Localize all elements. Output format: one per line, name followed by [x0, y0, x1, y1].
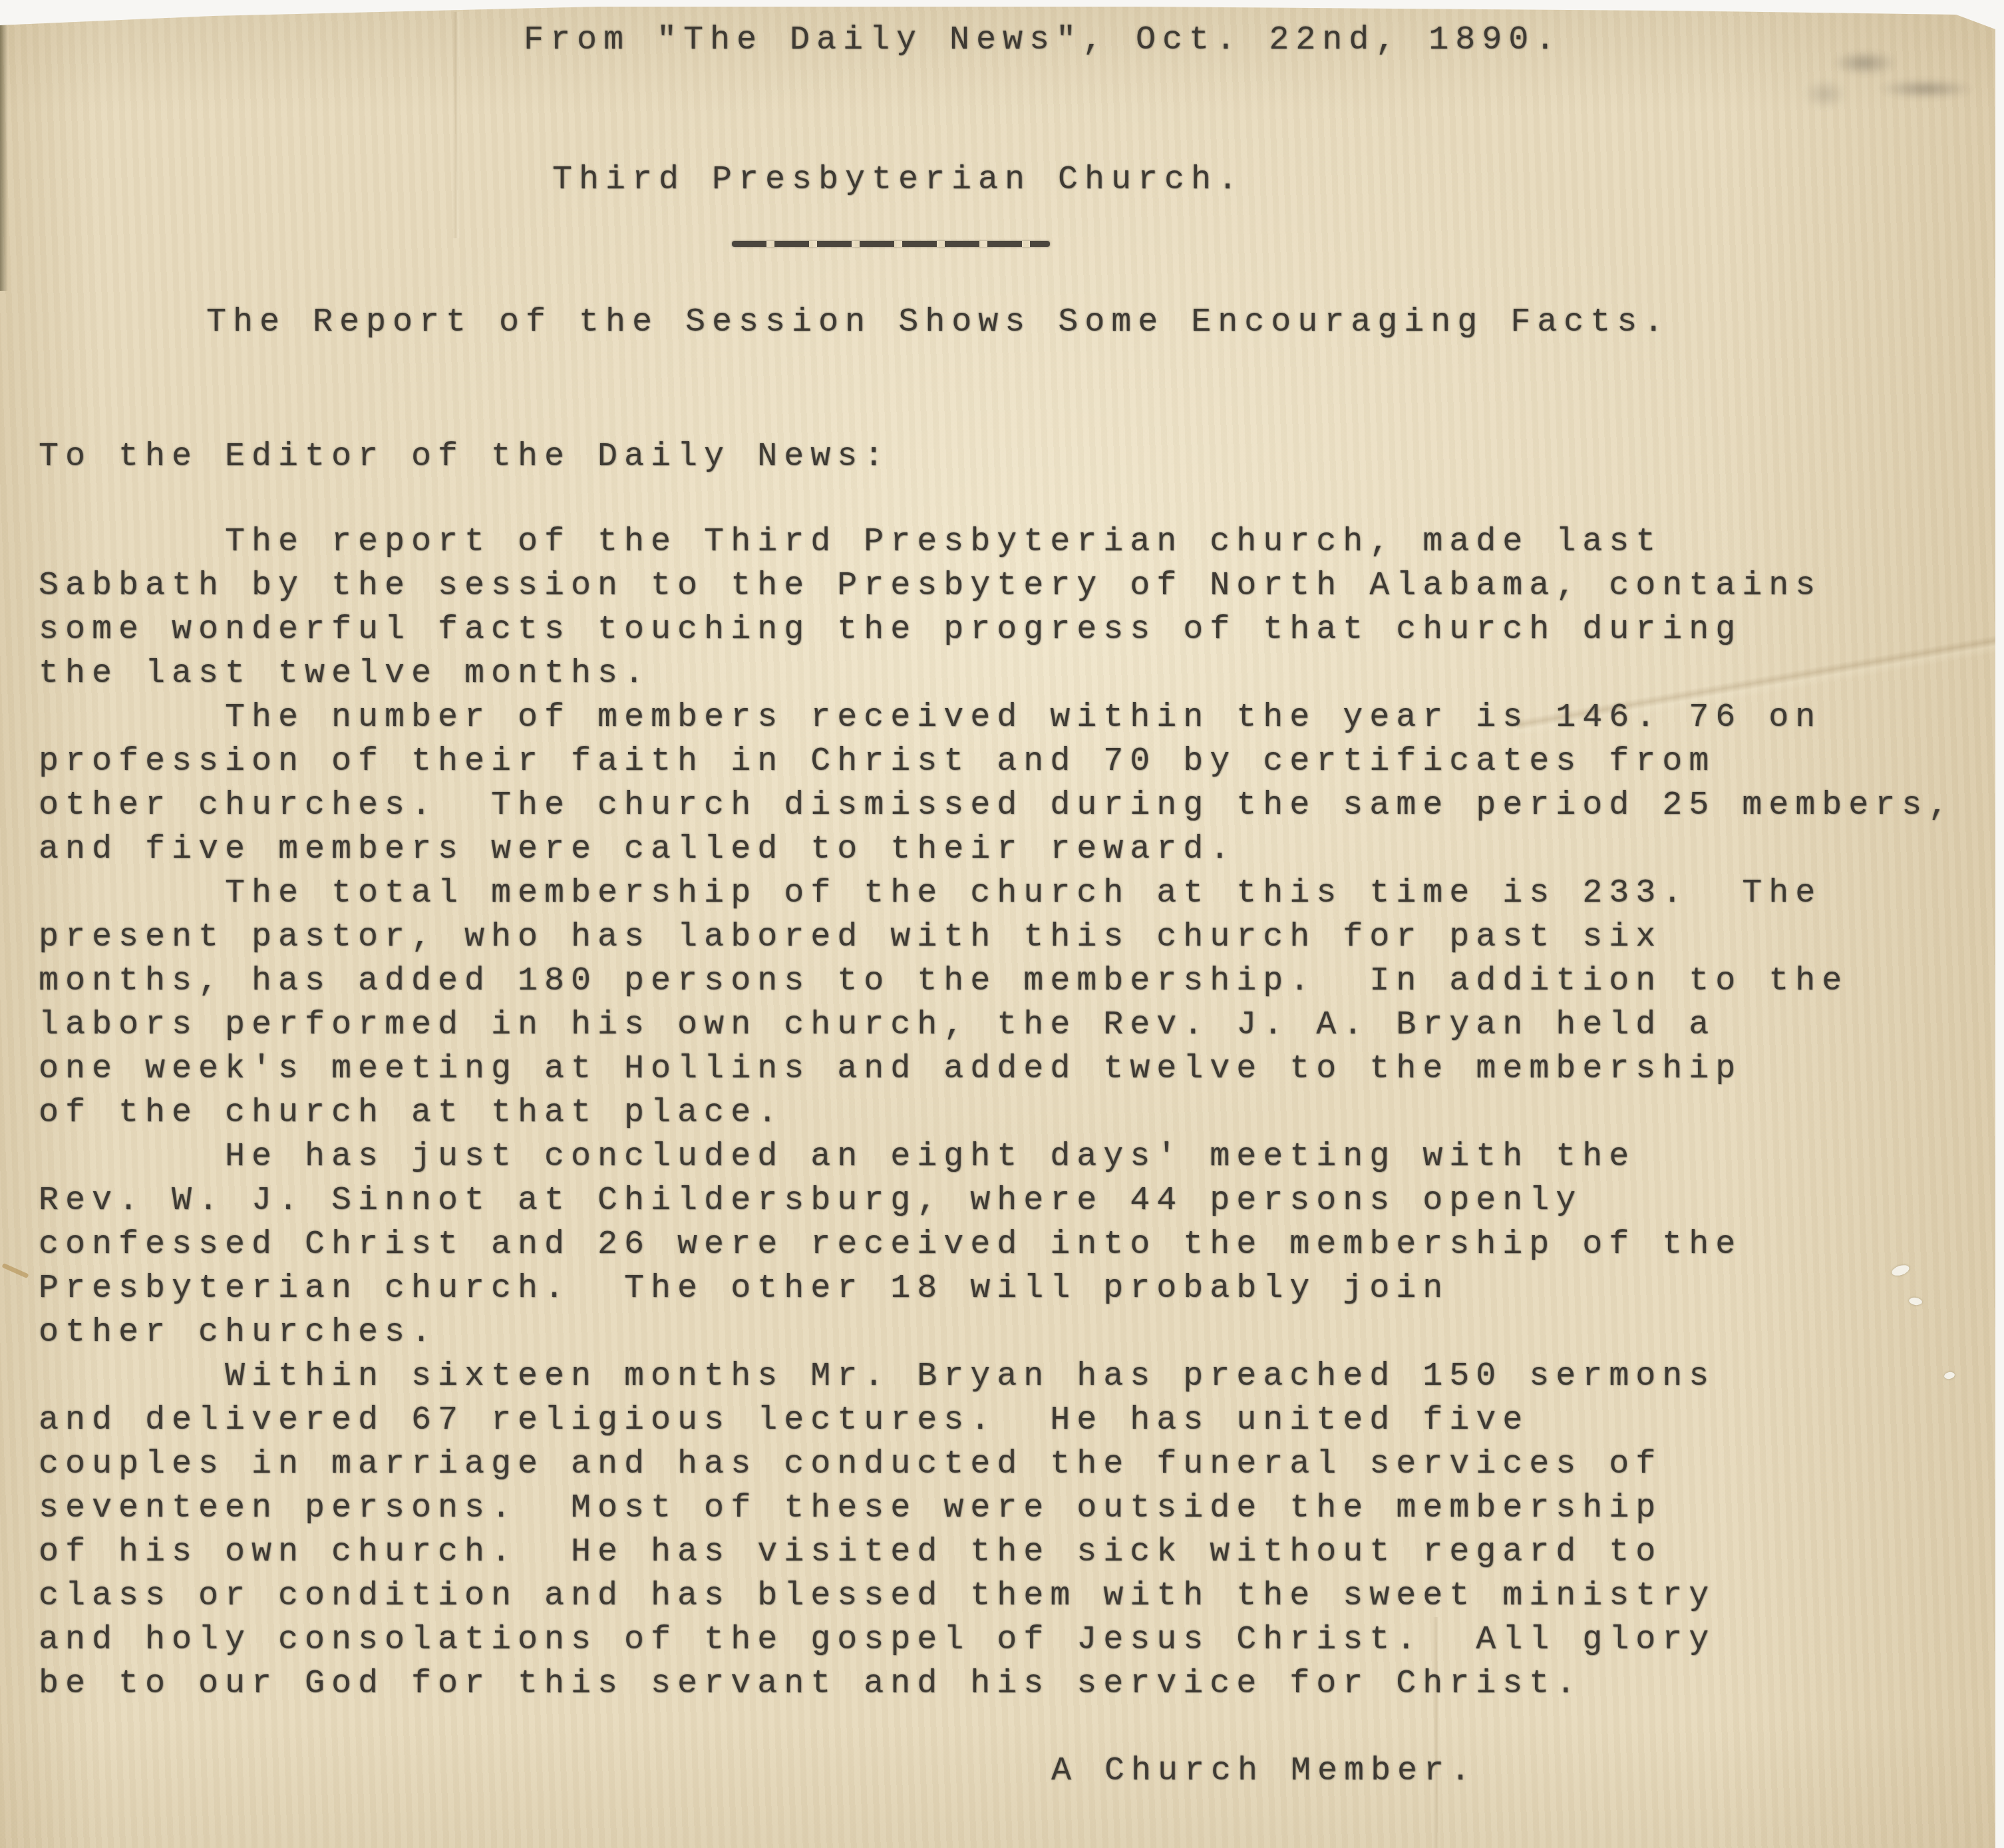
signature: A Church Member. — [1051, 1750, 1477, 1793]
paper-crease — [447, 12, 464, 238]
typed-line: Within sixteen months Mr. Bryan has prea… — [39, 1355, 1955, 1399]
typed-line: class or condition and has blessed them … — [39, 1574, 1955, 1618]
typed-line: the last twelve months. — [39, 652, 1955, 696]
typed-line: The number of members received within th… — [39, 696, 1955, 740]
typed-line: other churches. The church dismissed dur… — [39, 784, 1955, 828]
typed-line: Rev. W. J. Sinnot at Childersburg, where… — [39, 1179, 1955, 1223]
typed-line: The total membership of the church at th… — [39, 872, 1955, 916]
document-title: Third Presbyterian Church. — [552, 158, 1244, 202]
typed-line: He has just concluded an eight days' mee… — [39, 1135, 1955, 1179]
typed-line: and holy consolations of the gospel of J… — [39, 1618, 1955, 1662]
paragraph-3: The total membership of the church at th… — [39, 872, 1955, 1135]
typed-line: some wonderful facts touching the progre… — [39, 608, 1955, 652]
body-text: The report of the Third Presbyterian chu… — [39, 520, 1955, 1706]
typed-line: of the church at that place. — [39, 1091, 1955, 1135]
source-line: From "The Daily News", Oct. 22nd, 1890. — [524, 19, 1562, 63]
paragraph-2: The number of members received within th… — [39, 696, 1955, 872]
typed-line: seventeen persons. Most of these were ou… — [39, 1487, 1955, 1531]
typed-line: profession of their faith in Christ and … — [39, 740, 1955, 784]
typed-line: Sabbath by the session to the Presbytery… — [39, 564, 1955, 608]
typed-line: The report of the Third Presbyterian chu… — [39, 520, 1955, 564]
typed-line: couples in marriage and has conducted th… — [39, 1443, 1955, 1487]
pencil-smudge — [1790, 27, 2004, 113]
paragraph-4: He has just concluded an eight days' mee… — [39, 1135, 1955, 1355]
salutation: To the Editor of the Daily News: — [39, 435, 890, 479]
typed-line: one week's meeting at Hollins and added … — [39, 1047, 1955, 1091]
typed-line: of his own church. He has visited the si… — [39, 1531, 1955, 1574]
typed-line: other churches. — [39, 1311, 1955, 1355]
typed-line: months, has added 180 persons to the mem… — [39, 960, 1955, 1004]
paragraph-1: The report of the Third Presbyterian chu… — [39, 520, 1955, 696]
typed-line: labors performed in his own church, the … — [39, 1004, 1955, 1047]
document-subtitle: The Report of the Session Shows Some Enc… — [206, 301, 1670, 345]
paragraph-5: Within sixteen months Mr. Bryan has prea… — [39, 1355, 1955, 1706]
scanner-edge-shadow — [0, 0, 8, 291]
typed-divider-rule — [732, 241, 1050, 247]
scanned-document: From "The Daily News", Oct. 22nd, 1890. … — [0, 0, 2004, 1848]
typed-line: and five members were called to their re… — [39, 828, 1955, 872]
typed-line: Presbyterian church. The other 18 will p… — [39, 1267, 1955, 1311]
typed-line: be to our God for this servant and his s… — [39, 1662, 1955, 1706]
typed-line: and delivered 67 religious lectures. He … — [39, 1399, 1955, 1443]
paper-fiber — [1, 1263, 29, 1278]
typed-line: present pastor, who has labored with thi… — [39, 916, 1955, 960]
typed-line: confessed Christ and 26 were received in… — [39, 1223, 1955, 1267]
